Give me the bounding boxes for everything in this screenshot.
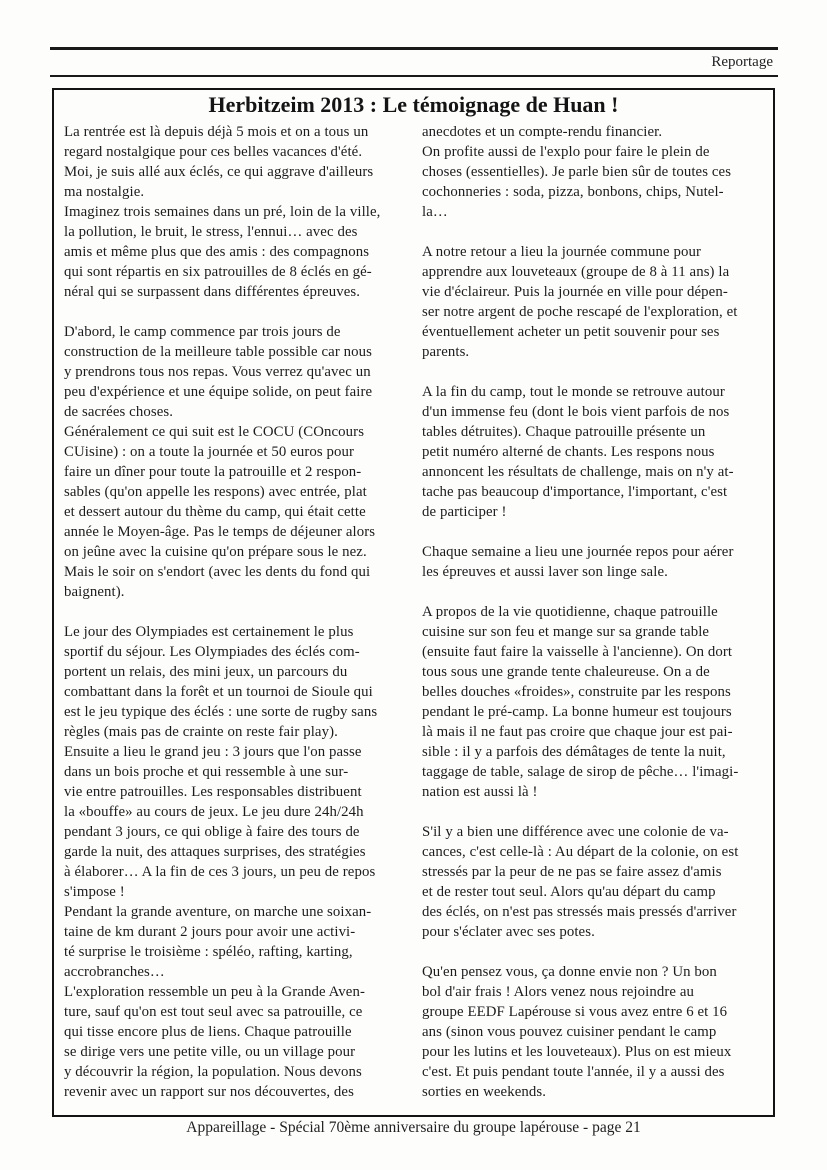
text-line: baignent). [64,582,405,602]
article-title: Herbitzeim 2013 : Le témoignage de Huan … [54,93,773,117]
text-line: de sacrées choses. [64,402,405,422]
text-line: portent un relais, des mini jeux, un par… [64,662,405,682]
text-line: se dirige vers une petite ville, ou un v… [64,1042,405,1062]
paragraph-gap [422,522,763,542]
text-line: ture, sauf qu'on est tout seul avec sa p… [64,1002,405,1022]
text-line: A propos de la vie quotidienne, chaque p… [422,602,763,622]
text-line: sportif du séjour. Les Olympiades des éc… [64,642,405,662]
text-line: revenir avec un rapport sur nos découver… [64,1082,405,1102]
text-line: et de rester tout seul. Alors qu'au dépa… [422,882,763,902]
text-line: éventuellement acheter un petit souvenir… [422,322,763,342]
text-line: vie d'éclaireur. Puis la journée en vill… [422,282,763,302]
text-line: D'abord, le camp commence par trois jour… [64,322,405,342]
text-line: là mais il ne faut pas croire que chaque… [422,722,763,742]
text-line: la… [422,202,763,222]
text-line: on jeûne avec la cuisine qu'on prépare s… [64,542,405,562]
page-footer: Appareillage - Spécial 70ème anniversair… [0,1119,827,1137]
text-line: des éclés, on n'est pas stressés mais pr… [422,902,763,922]
text-line: pendant 3 jours, ce qui oblige à faire d… [64,822,405,842]
text-line: tables détruites). Chaque patrouille pré… [422,422,763,442]
text-line: et dessert autour du thème du camp, qui … [64,502,405,522]
text-line: Généralement ce qui suit est le COCU (CO… [64,422,405,442]
text-line: la pollution, le bruit, le stress, l'enn… [64,222,405,242]
text-line: stressés par la peur de ne pas se faire … [422,862,763,882]
paragraph-gap [64,602,405,622]
text-line: Chaque semaine a lieu une journée repos … [422,542,763,562]
paragraph-gap [422,362,763,382]
text-line: est le jeu typique des éclés : une sorte… [64,702,405,722]
text-line: pendant le pré-camp. La bonne humeur est… [422,702,763,722]
text-line: qui tisse encore plus de liens. Chaque p… [64,1022,405,1042]
paragraph-gap [64,302,405,322]
text-line: les épreuves et aussi laver son linge sa… [422,562,763,582]
text-line: A notre retour a lieu la journée commune… [422,242,763,262]
text-line: cochonneries : soda, pizza, bonbons, chi… [422,182,763,202]
text-line: sible : il y a parfois des démâtages de … [422,742,763,762]
text-line: belles douches «froides», construite par… [422,682,763,702]
text-line: Qu'en pensez vous, ça donne envie non ? … [422,962,763,982]
text-line: groupe EEDF Lapérouse si vous avez entre… [422,1002,763,1022]
text-line: annoncent les résultats de challenge, ma… [422,462,763,482]
text-line: taggage de table, salage de sirop de pêc… [422,762,763,782]
header-rule-bottom [50,75,778,77]
text-line: construction de la meilleure table possi… [64,342,405,362]
paragraph-gap [422,942,763,962]
text-line: dans un bois proche et qui ressemble à u… [64,762,405,782]
article-box: Herbitzeim 2013 : Le témoignage de Huan … [52,88,775,1117]
text-line: c'est. Et puis pendant toute l'année, il… [422,1062,763,1082]
text-line: té surprise le troisième : spéléo, rafti… [64,942,405,962]
paragraph-gap [422,582,763,602]
text-line: nation est aussi là ! [422,782,763,802]
text-line: cuisine sur son feu et mange sur sa gran… [422,622,763,642]
text-line: Imaginez trois semaines dans un pré, loi… [64,202,405,222]
text-line: vie entre patrouilles. Les responsables … [64,782,405,802]
text-line: Pendant la grande aventure, on marche un… [64,902,405,922]
text-line: Mais le soir on s'endort (avec les dents… [64,562,405,582]
paragraph-gap [422,222,763,242]
text-line: On profite aussi de l'explo pour faire l… [422,142,763,162]
text-line: garde la nuit, des attaques surprises, d… [64,842,405,862]
text-line: s'impose ! [64,882,405,902]
text-line: ser notre argent de poche rescapé de l'e… [422,302,763,322]
text-line: règles (mais pas de crainte on reste fai… [64,722,405,742]
text-line: Ensuite a lieu le grand jeu : 3 jours qu… [64,742,405,762]
text-line: combattant dans la forêt et un tournoi d… [64,682,405,702]
text-line: de participer ! [422,502,763,522]
text-line: anecdotes et un compte-rendu financier. [422,122,763,142]
text-line: à élaborer… A la fin de ces 3 jours, un … [64,862,405,882]
text-line: année le Moyen-âge. Pas le temps de déje… [64,522,405,542]
article-column-right: anecdotes et un compte-rendu financier.O… [422,122,763,1102]
text-line: parents. [422,342,763,362]
article-columns: La rentrée est là depuis déjà 5 mois et … [54,122,773,1102]
text-line: regard nostalgique pour ces belles vacan… [64,142,405,162]
text-line: sables (qu'on appelle les respons) avec … [64,482,405,502]
text-line: S'il y a bien une différence avec une co… [422,822,763,842]
text-line: A la fin du camp, tout le monde se retro… [422,382,763,402]
text-line: ma nostalgie. [64,182,405,202]
header-rule-top [50,47,778,50]
text-line: pour s'éclater avec ses potes. [422,922,763,942]
text-line: CUisine) : on a toute la journée et 50 e… [64,442,405,462]
text-line: ans (sinon vous pouvez cuisiner pendant … [422,1022,763,1042]
text-line: tous sous une grande tente chaleureuse. … [422,662,763,682]
text-line: qui sont répartis en six patrouilles de … [64,262,405,282]
text-line: choses (essentielles). Je parle bien sûr… [422,162,763,182]
text-line: Le jour des Olympiades est certainement … [64,622,405,642]
text-line: néral qui se surpassent dans différentes… [64,282,405,302]
text-line: apprendre aux louveteaux (groupe de 8 à … [422,262,763,282]
text-line: L'exploration ressemble un peu à la Gran… [64,982,405,1002]
text-line: La rentrée est là depuis déjà 5 mois et … [64,122,405,142]
section-label: Reportage [711,53,773,71]
text-line: (ensuite faut faire la vaisselle à l'anc… [422,642,763,662]
text-line: y prendrons tous nos repas. Vous verrez … [64,362,405,382]
text-line: Moi, je suis allé aux éclés, ce qui aggr… [64,162,405,182]
text-line: pour les lutins et les louveteaux). Plus… [422,1042,763,1062]
text-line: amis et même plus que des amis : des com… [64,242,405,262]
text-line: petit numéro alterné de chants. Les resp… [422,442,763,462]
text-line: tache pas beaucoup d'importance, l'impor… [422,482,763,502]
text-line: faire un dîner pour toute la patrouille … [64,462,405,482]
text-line: y découvrir la région, la population. No… [64,1062,405,1082]
text-line: taine de km durant 2 jours pour avoir un… [64,922,405,942]
text-line: accrobranches… [64,962,405,982]
text-line: bol d'air frais ! Alors venez nous rejoi… [422,982,763,1002]
newsletter-page: Reportage Herbitzeim 2013 : Le témoignag… [0,0,827,1170]
text-line: peu d'expérience et une équipe solide, o… [64,382,405,402]
article-column-left: La rentrée est là depuis déjà 5 mois et … [64,122,405,1102]
text-line: sorties en weekends. [422,1082,763,1102]
text-line: d'un immense feu (dont le bois vient par… [422,402,763,422]
text-line: cances, c'est celle-là : Au départ de la… [422,842,763,862]
paragraph-gap [422,802,763,822]
text-line: la «bouffe» au cours de jeux. Le jeu dur… [64,802,405,822]
